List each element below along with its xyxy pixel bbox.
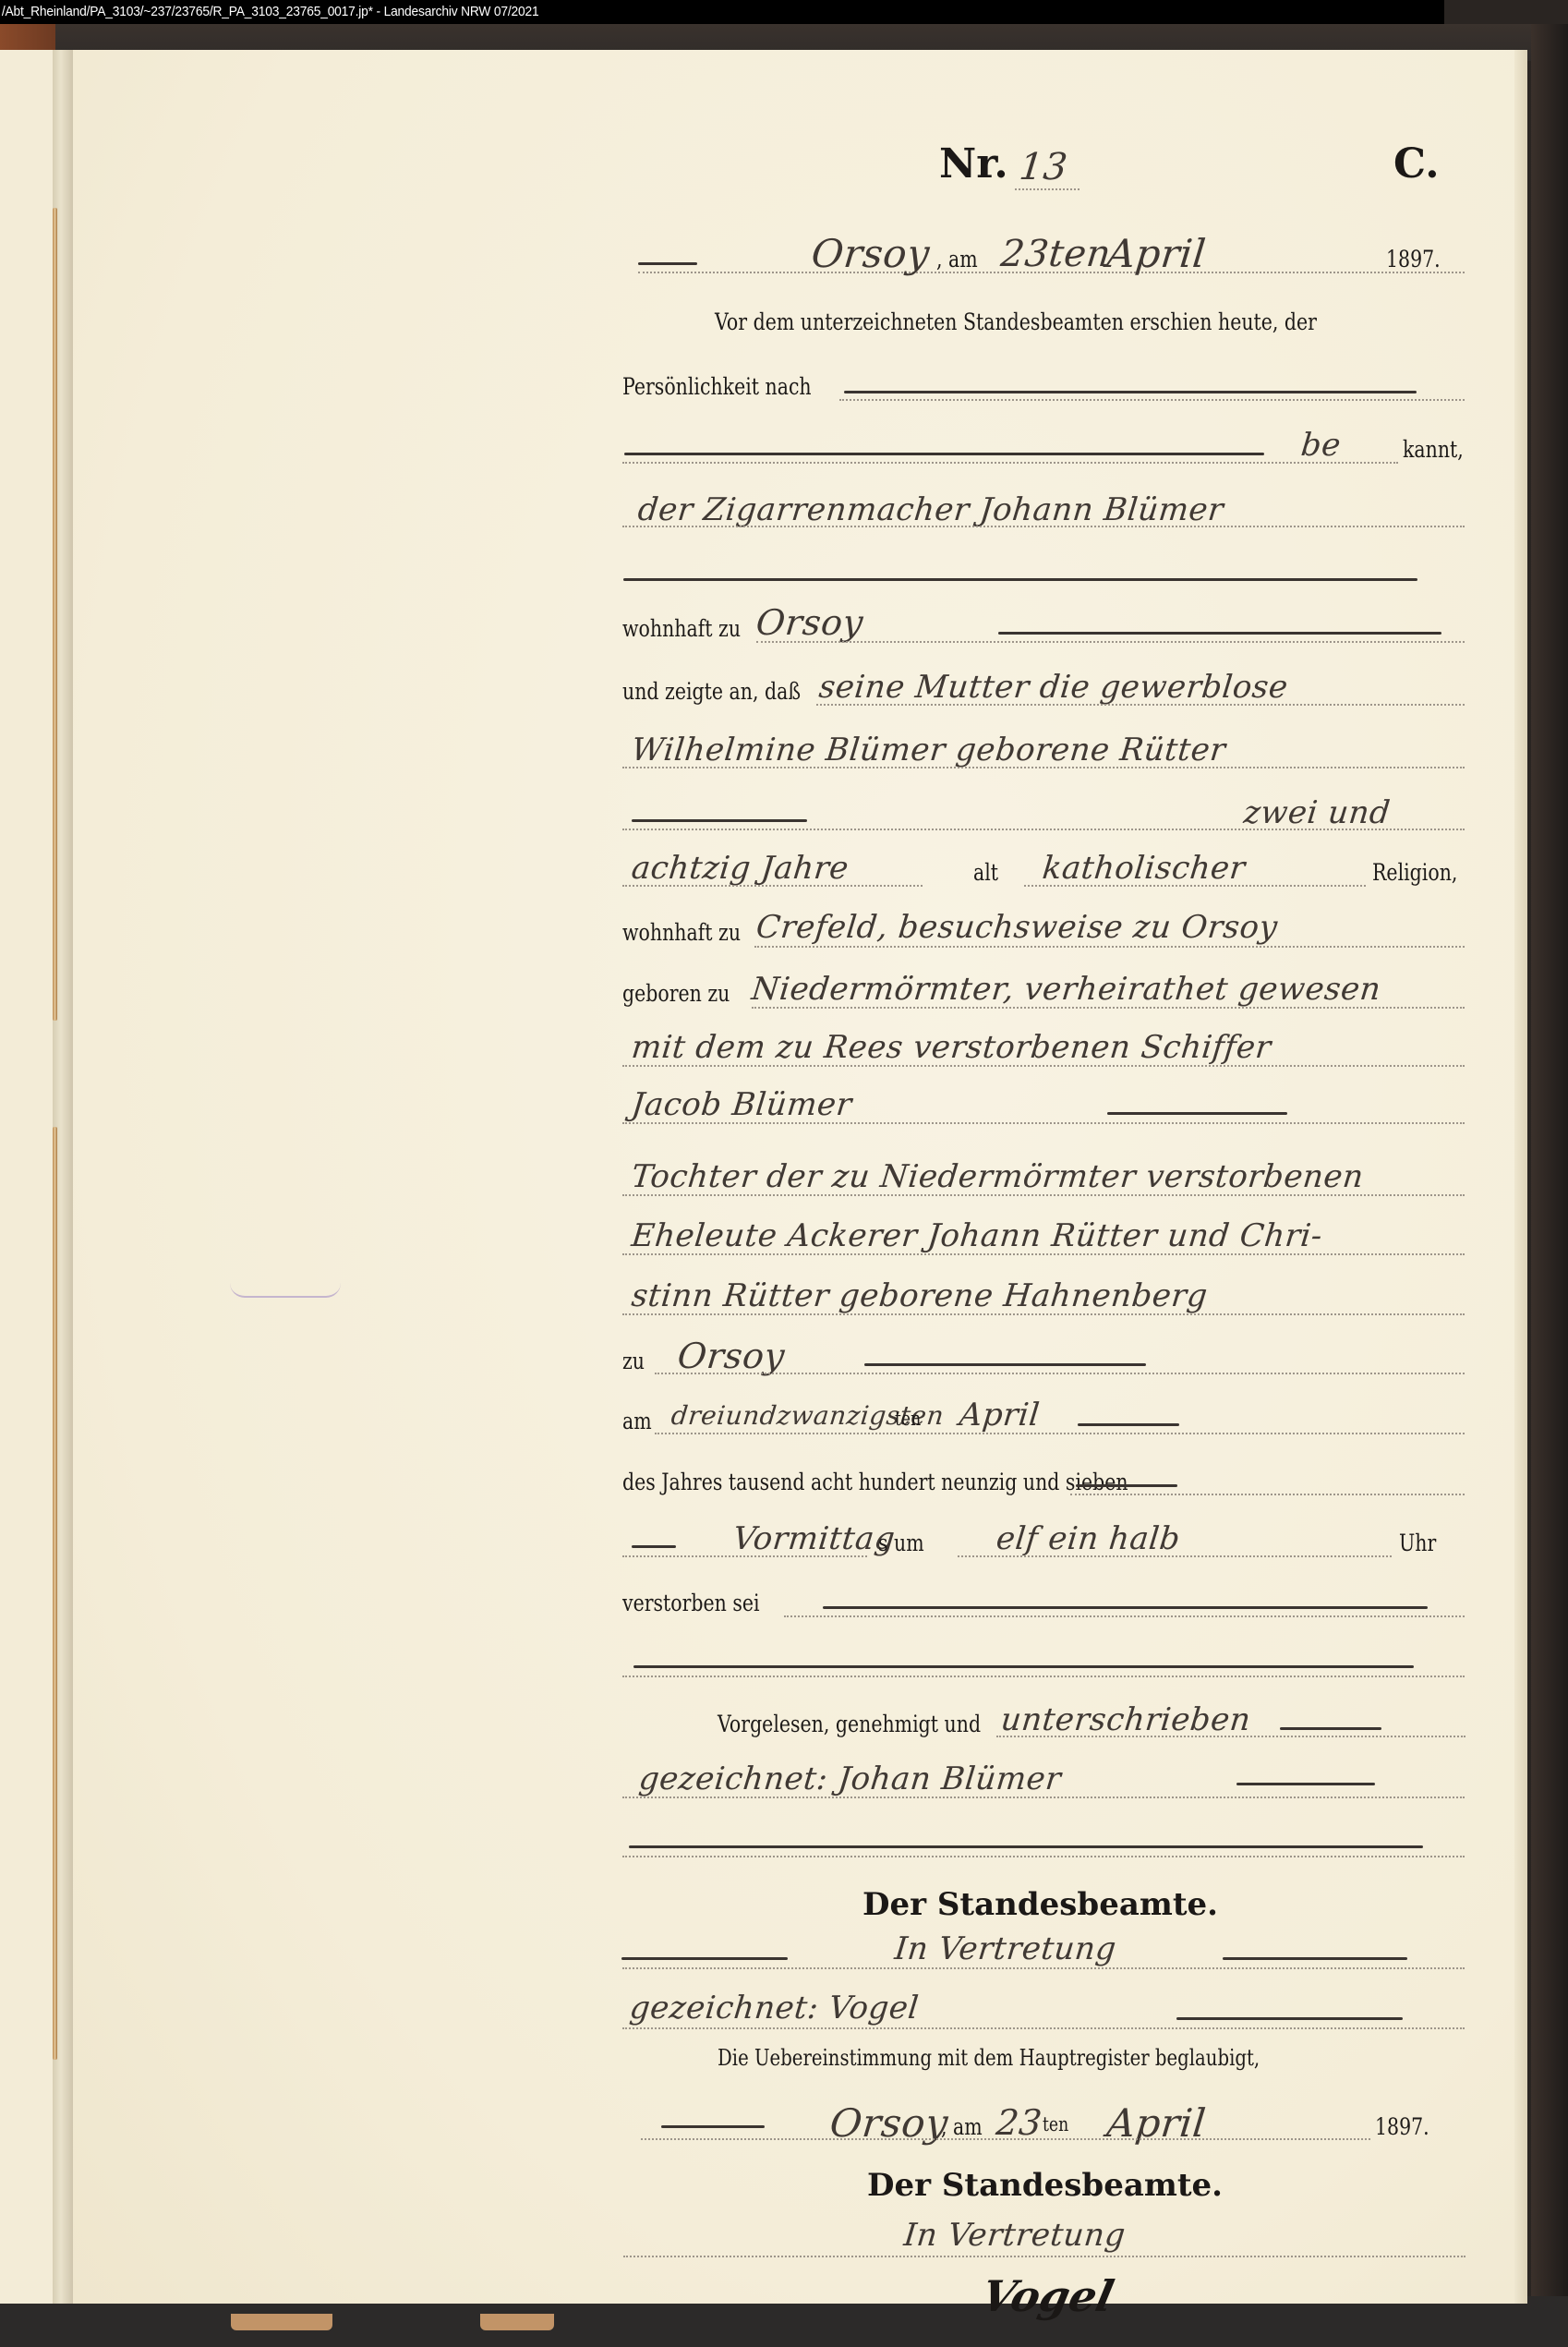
dotted-line bbox=[752, 1007, 1465, 1009]
certification-year: 1897. bbox=[1375, 2113, 1429, 2140]
filler-dash bbox=[621, 1957, 788, 1960]
filler-dash bbox=[633, 1665, 1414, 1668]
record-number-value: 13 bbox=[1018, 146, 1070, 188]
dotted-line bbox=[655, 1373, 1465, 1374]
dotted-line bbox=[1015, 188, 1080, 190]
registrar-title-2: Der Standesbeamte. bbox=[867, 2167, 1223, 2204]
deceased-residence: Crefeld, besuchsweise zu Orsoy bbox=[754, 909, 1280, 946]
informant-signature: gezeichnet: Johan Blümer bbox=[637, 1760, 1063, 1797]
page-tab bbox=[480, 2314, 554, 2330]
dotted-line bbox=[622, 1555, 867, 1557]
registrar-signature: Vogel bbox=[977, 2271, 1118, 2321]
page-edge bbox=[1514, 50, 1527, 2304]
filler-dash bbox=[823, 1606, 1428, 1609]
dotted-line bbox=[641, 2138, 1370, 2140]
dotted-line bbox=[622, 1856, 1465, 1857]
death-year-text: des Jahres tausend acht hundert neunzig … bbox=[622, 1469, 1128, 1495]
ink-mark bbox=[230, 1283, 341, 1298]
filler-dash bbox=[629, 1845, 1423, 1848]
dotted-line bbox=[622, 829, 1465, 830]
parents-line2: Eheleute Ackerer Johann Rütter und Chri- bbox=[630, 1217, 1324, 1254]
binding-thread bbox=[53, 208, 57, 1021]
filler-dash bbox=[1076, 1484, 1177, 1487]
filler-dash bbox=[632, 819, 807, 822]
certification-am: , am bbox=[941, 2113, 983, 2140]
dotted-line bbox=[996, 1736, 1465, 1737]
dotted-line bbox=[756, 641, 1465, 643]
dotted-line bbox=[816, 704, 1465, 706]
dotted-line bbox=[622, 767, 1465, 768]
spouse-line2: Jacob Blümer bbox=[630, 1086, 854, 1123]
certification-day-suffix: ten bbox=[1043, 2113, 1068, 2135]
dotted-line bbox=[839, 399, 1465, 401]
filler-dash bbox=[1280, 1727, 1381, 1730]
filler-dash bbox=[1078, 1423, 1179, 1426]
declaration-line3: zwei und bbox=[1242, 794, 1393, 831]
filler-dash bbox=[632, 1545, 676, 1548]
register-series: C. bbox=[1393, 140, 1440, 188]
declaration-line2: Wilhelmine Blümer geborene Rütter bbox=[630, 732, 1227, 768]
age: achtzig Jahre bbox=[630, 850, 850, 887]
window-title: /Abt_Rheinland/PA_3103/~237/23765/R_PA_3… bbox=[2, 4, 539, 19]
religion: katholischer bbox=[1041, 850, 1248, 887]
date-place: Orsoy bbox=[809, 231, 932, 276]
dotted-line bbox=[623, 2256, 1465, 2257]
birth-label: geboren zu bbox=[622, 980, 730, 1007]
certification-text: Die Uebereinstimmung mit dem Hauptregist… bbox=[718, 2045, 1260, 2071]
dotted-line bbox=[622, 1313, 1465, 1315]
dotted-line bbox=[622, 1967, 1465, 1969]
registrar-deputy-2: In Vertretung bbox=[902, 2217, 1128, 2254]
dotted-line bbox=[622, 1122, 1465, 1124]
filler-dash bbox=[1236, 1783, 1375, 1785]
binding-thread bbox=[53, 1127, 57, 2060]
informant-residence: Orsoy bbox=[754, 602, 865, 643]
date-month: April bbox=[1104, 231, 1208, 276]
spouse-line1: mit dem zu Rees verstorbenen Schiffer bbox=[630, 1029, 1273, 1066]
death-time-of-day: Vormittag bbox=[731, 1520, 897, 1557]
filler-dash bbox=[1176, 2017, 1403, 2020]
filler-dash bbox=[1223, 1957, 1407, 1960]
intro-text: Vor dem unterzeichneten Standesbeamten e… bbox=[715, 308, 1317, 335]
deceased-label: verstorben sei bbox=[622, 1590, 760, 1616]
dotted-line bbox=[958, 1555, 1392, 1557]
closing-signed: unterschrieben bbox=[999, 1701, 1252, 1738]
left-page-edge bbox=[0, 50, 53, 2304]
document-page: Nr. 13 C. Orsoy , am 23ten April 1897. V… bbox=[73, 50, 1527, 2304]
dotted-line bbox=[622, 1065, 1465, 1067]
date-am: , am bbox=[936, 246, 978, 272]
filler-dash bbox=[638, 262, 697, 265]
dotted-line bbox=[754, 946, 1465, 948]
dotted-line bbox=[622, 1194, 1465, 1196]
deceased-residence-label: wohnhaft zu bbox=[622, 919, 741, 946]
book-cover-bottom bbox=[0, 2296, 1568, 2347]
certification-day: 23 bbox=[995, 2102, 1044, 2143]
dotted-line bbox=[622, 885, 923, 887]
death-hour-label: Uhr bbox=[1399, 1530, 1436, 1556]
informant-residence-label: wohnhaft zu bbox=[622, 615, 741, 642]
declaration-line1: seine Mutter die gewerblose bbox=[817, 669, 1290, 706]
date-day: 23ten bbox=[999, 233, 1114, 275]
death-time-suffix: s um bbox=[878, 1530, 924, 1556]
dotted-line bbox=[622, 1797, 1465, 1798]
filler-dash bbox=[864, 1363, 1146, 1366]
filler-dash bbox=[1107, 1112, 1287, 1115]
death-hour: elf ein halb bbox=[995, 1520, 1182, 1557]
identity-label: Persönlichkeit nach bbox=[622, 373, 812, 400]
religion-label: Religion, bbox=[1372, 859, 1457, 886]
filler-dash bbox=[623, 578, 1417, 581]
birth-place: Niedermörmter, verheirathet gewesen bbox=[750, 971, 1382, 1008]
declaration-label: und zeigte an, daß bbox=[622, 678, 801, 705]
death-place: Orsoy bbox=[676, 1336, 787, 1376]
window-title-bar: /Abt_Rheinland/PA_3103/~237/23765/R_PA_3… bbox=[0, 0, 1444, 24]
dotted-line bbox=[784, 1615, 1465, 1617]
filler-dash bbox=[844, 391, 1417, 393]
identity-prefix: be bbox=[1299, 427, 1343, 464]
identity-suffix: kannt, bbox=[1403, 436, 1464, 463]
registrar-signed: gezeichnet: Vogel bbox=[628, 1990, 921, 2026]
filler-dash bbox=[661, 2125, 765, 2128]
death-day-label: am bbox=[622, 1408, 652, 1434]
dotted-line bbox=[622, 1676, 1465, 1677]
closing-label: Vorgelesen, genehmigt und bbox=[718, 1711, 981, 1737]
parents-line1: Tochter der zu Niedermörmter verstorbene… bbox=[630, 1158, 1366, 1195]
book-cover-right bbox=[1531, 24, 1568, 2347]
dotted-line bbox=[622, 2027, 1465, 2029]
dotted-line bbox=[622, 526, 1465, 527]
filler-dash bbox=[998, 632, 1441, 635]
age-label: alt bbox=[973, 859, 998, 886]
dotted-line bbox=[655, 1433, 1465, 1434]
death-day-suffix: ten bbox=[895, 1408, 921, 1430]
date-year: 1897. bbox=[1386, 246, 1441, 272]
registrar-title: Der Standesbeamte. bbox=[862, 1886, 1218, 1923]
dotted-line bbox=[1070, 1494, 1465, 1495]
record-number-label: Nr. bbox=[939, 140, 1008, 188]
dotted-line bbox=[622, 1253, 1465, 1255]
dotted-line bbox=[622, 462, 1398, 464]
filler-dash bbox=[624, 453, 1264, 455]
page-tab bbox=[231, 2314, 332, 2330]
death-place-label: zu bbox=[622, 1348, 645, 1374]
registrar-deputy: In Vertretung bbox=[893, 1930, 1118, 1967]
informant-name: der Zigarrenmacher Johann Blümer bbox=[636, 491, 1225, 528]
parents-line3: stinn Rütter geborene Hahnenberg bbox=[630, 1277, 1210, 1314]
death-month: April bbox=[958, 1397, 1042, 1434]
